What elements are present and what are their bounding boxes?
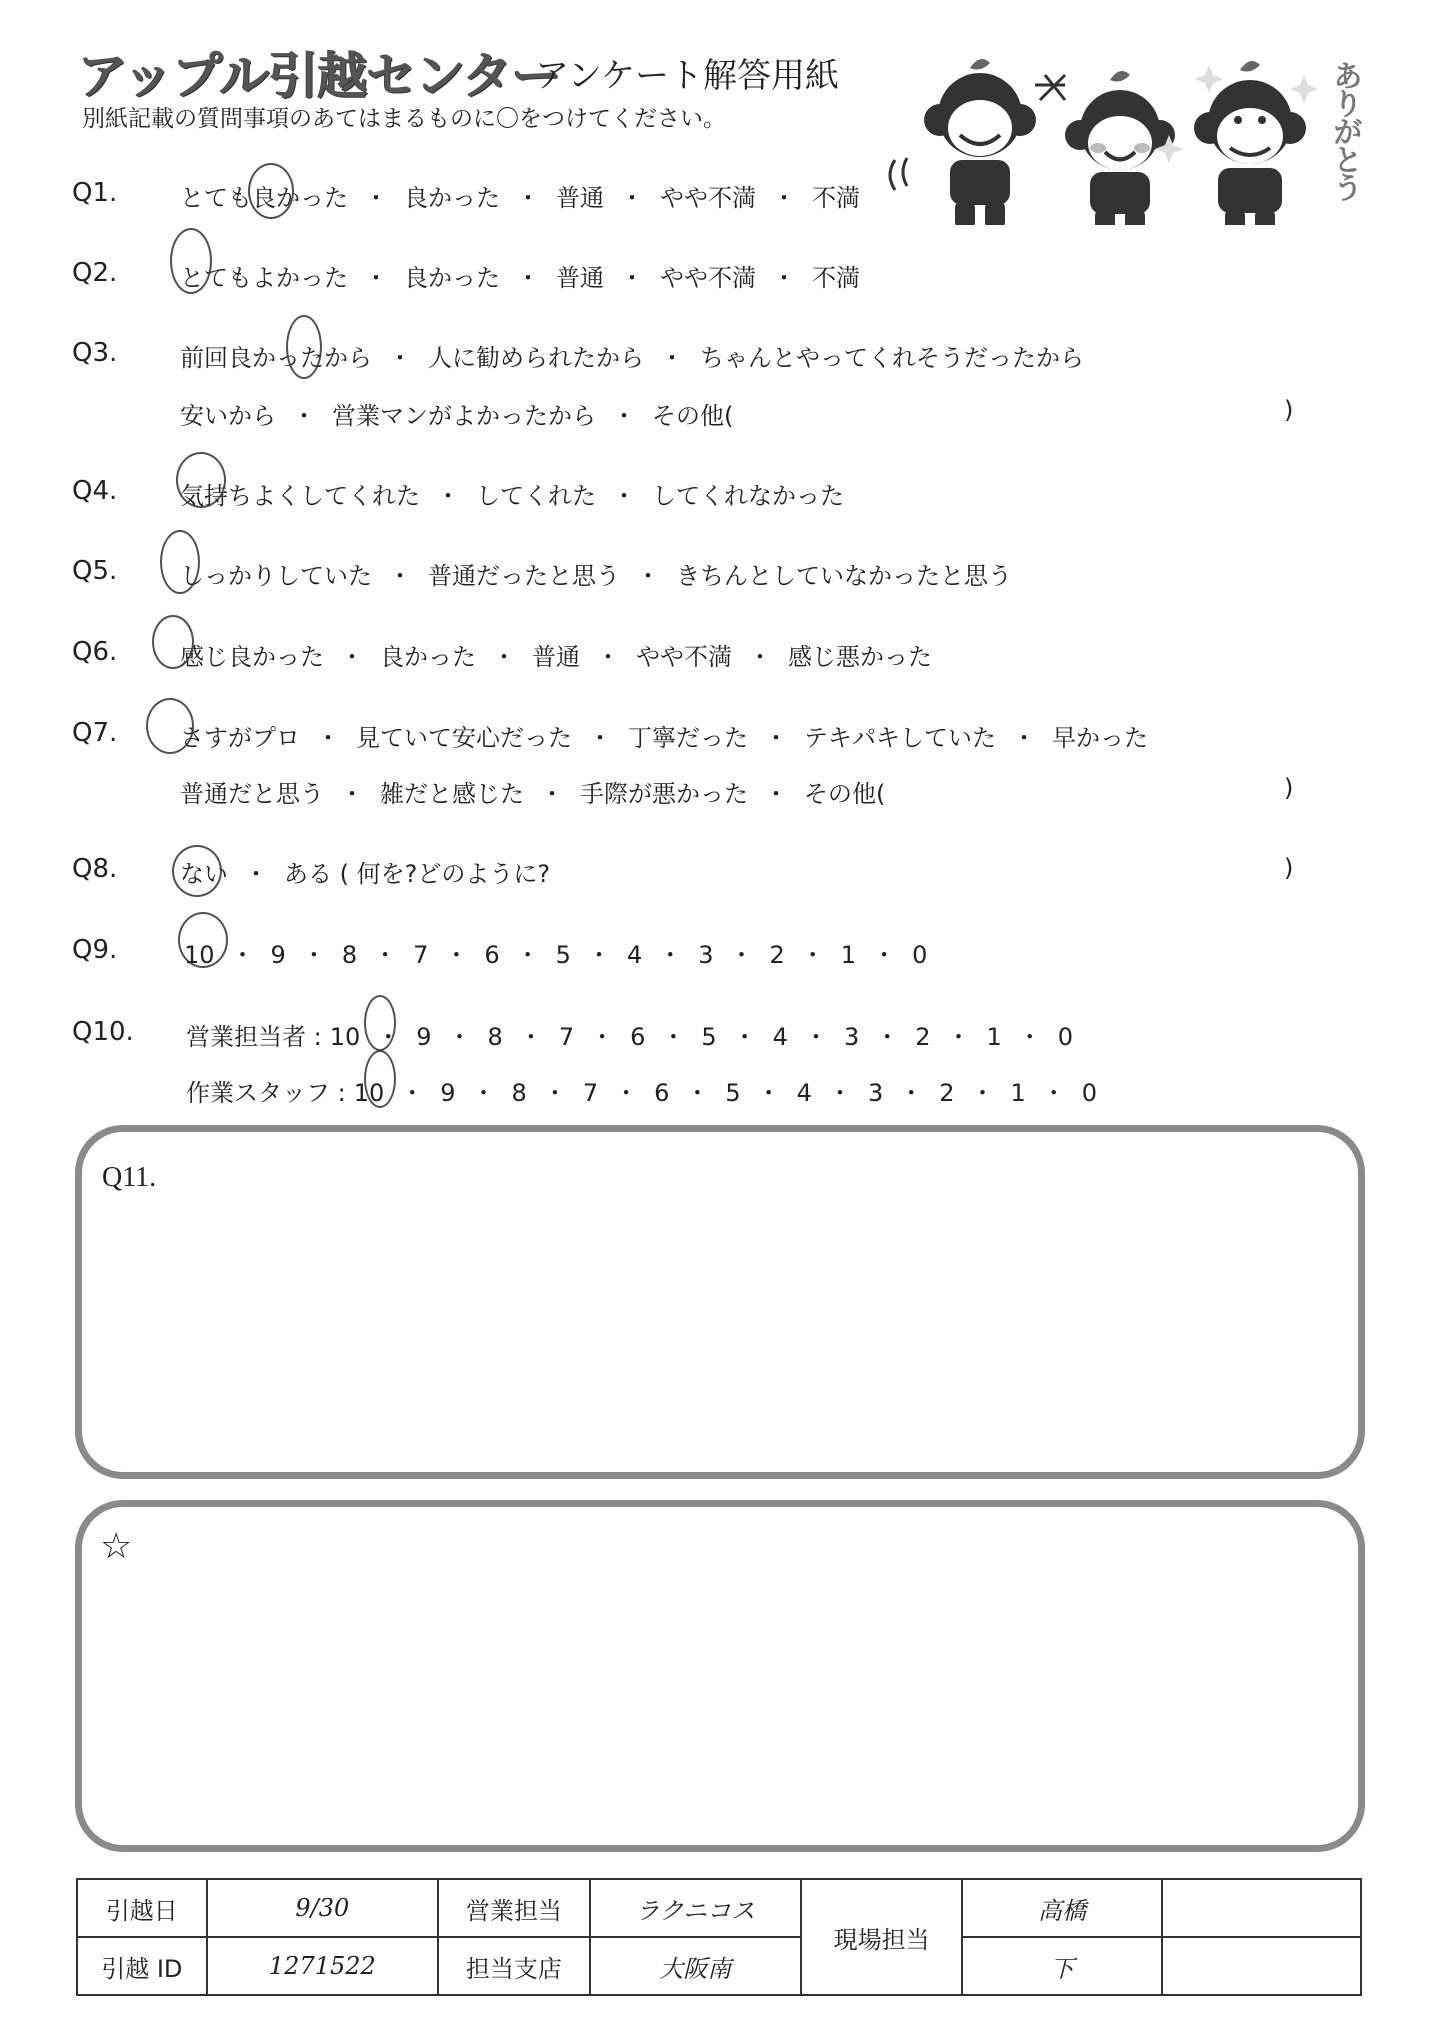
sales-rep-label: 営業担当 bbox=[438, 1879, 590, 1937]
form-title: アンケート解答用紙 bbox=[535, 48, 839, 97]
q10-staff-score-0[interactable]: 0 bbox=[1082, 1079, 1097, 1107]
q9-score-6[interactable]: 6 bbox=[484, 941, 499, 969]
q5-option-2[interactable]: 普通だったと思う bbox=[428, 556, 620, 591]
q9-score-2[interactable]: 2 bbox=[770, 941, 785, 969]
q11-answer-box[interactable]: Q11. bbox=[75, 1125, 1365, 1479]
q7-options-line2: 普通だと思う・雑だと感じた・手際が悪かった・その他( bbox=[180, 774, 885, 809]
move-date-label: 引越日 bbox=[77, 1879, 207, 1937]
move-id-value[interactable]: 1271522 bbox=[207, 1937, 439, 1995]
q3-option-2[interactable]: 人に勧められたから bbox=[428, 338, 644, 373]
q8-close-paren: ) bbox=[1284, 854, 1293, 882]
q3-other-close-paren: ) bbox=[1284, 396, 1293, 424]
q3-option-1[interactable]: 前回良かったから bbox=[180, 338, 372, 373]
q3-option-4[interactable]: 安いから bbox=[180, 396, 276, 431]
branch-value[interactable]: 大阪南 bbox=[590, 1937, 801, 1995]
q5-option-1[interactable]: しっかりしていた bbox=[180, 556, 372, 591]
q10-staff-score-8[interactable]: 8 bbox=[512, 1079, 527, 1107]
monkey-mascot-icons bbox=[885, 40, 1325, 225]
q9-score-8[interactable]: 8 bbox=[342, 941, 357, 969]
q1-option-4[interactable]: やや不満 bbox=[660, 178, 756, 213]
brand-title: アップル引越センター bbox=[78, 36, 561, 108]
q4-option-2[interactable]: してくれた bbox=[476, 476, 596, 511]
q4-options: 気持ちよくしてくれた・してくれた・してくれなかった bbox=[180, 476, 844, 511]
q10-sales-row: 営業担当者 :10・9・8・7・6・5・4・3・2・1・0 bbox=[186, 1017, 1073, 1052]
q9-score-7[interactable]: 7 bbox=[413, 941, 428, 969]
move-id-label: 引越 ID bbox=[77, 1937, 207, 1995]
q6-options: 感じ良かった・良かった・普通・やや不満・感じ悪かった bbox=[180, 637, 932, 672]
q5-options: しっかりしていた・普通だったと思う・きちんとしていなかったと思う bbox=[180, 556, 1012, 591]
q7-option-8[interactable]: 手際が悪かった bbox=[580, 774, 748, 809]
move-date-value[interactable]: 9/30 bbox=[207, 1879, 439, 1937]
q10-sales-score-10[interactable]: 10 bbox=[330, 1023, 361, 1051]
q6-label: Q6. bbox=[72, 637, 117, 667]
q6-option-2[interactable]: 良かった bbox=[380, 637, 476, 672]
q8-option-none[interactable]: ない bbox=[180, 854, 228, 889]
q7-option-5[interactable]: 早かった bbox=[1052, 718, 1148, 753]
q7-option-4[interactable]: テキパキしていた bbox=[804, 718, 996, 753]
q2-option-4[interactable]: やや不満 bbox=[660, 258, 756, 293]
q7-option-1[interactable]: さすがプロ bbox=[180, 718, 300, 753]
q3-option-other[interactable]: その他( bbox=[652, 396, 733, 431]
q7-option-6[interactable]: 普通だと思う bbox=[180, 774, 324, 809]
q9-score-4[interactable]: 4 bbox=[627, 941, 642, 969]
q2-options: とてもよかった・良かった・普通・やや不満・不満 bbox=[180, 258, 860, 293]
q6-option-4[interactable]: やや不満 bbox=[636, 637, 732, 672]
q9-score-1[interactable]: 1 bbox=[841, 941, 856, 969]
q4-label: Q4. bbox=[72, 476, 117, 506]
q6-option-5[interactable]: 感じ悪かった bbox=[788, 637, 932, 672]
q1-options: とても良かった・良かった・普通・やや不満・不満 bbox=[180, 178, 860, 213]
q10-staff-score-4[interactable]: 4 bbox=[797, 1079, 812, 1107]
q1-label: Q1. bbox=[72, 178, 117, 208]
q11-label: Q11. bbox=[102, 1162, 156, 1194]
q7-other-close-paren: ) bbox=[1284, 774, 1293, 802]
q8-label: Q8. bbox=[72, 854, 117, 884]
q7-option-2[interactable]: 見ていて安心だった bbox=[356, 718, 572, 753]
q10-sales-score-8[interactable]: 8 bbox=[488, 1023, 503, 1051]
q7-label: Q7. bbox=[72, 718, 117, 748]
q9-score-10[interactable]: 10 bbox=[184, 941, 215, 969]
q10-staff-score-3[interactable]: 3 bbox=[868, 1079, 883, 1107]
q10-staff-label: 作業スタッフ : bbox=[186, 1079, 346, 1107]
q5-label: Q5. bbox=[72, 556, 117, 586]
q2-option-1[interactable]: とてもよかった bbox=[180, 258, 348, 293]
q10-staff-score-9[interactable]: 9 bbox=[440, 1079, 455, 1107]
q10-staff-score-10[interactable]: 10 bbox=[354, 1079, 385, 1107]
branch-label: 担当支店 bbox=[438, 1937, 590, 1995]
q10-sales-score-1[interactable]: 1 bbox=[987, 1023, 1002, 1051]
q10-sales-score-3[interactable]: 3 bbox=[844, 1023, 859, 1051]
q9-label: Q9. bbox=[72, 935, 117, 965]
q2-label: Q2. bbox=[72, 258, 117, 288]
comment-box[interactable]: ☆ bbox=[75, 1500, 1365, 1852]
sales-rep-value[interactable]: ラクニコス bbox=[590, 1879, 801, 1937]
q4-option-1[interactable]: 気持ちよくしてくれた bbox=[180, 476, 420, 511]
q10-sales-score-0[interactable]: 0 bbox=[1058, 1023, 1073, 1051]
q9-scale: 10・9・8・7・6・5・4・3・2・1・0 bbox=[184, 935, 927, 970]
q10-staff-score-2[interactable]: 2 bbox=[939, 1079, 954, 1107]
q1-option-5[interactable]: 不満 bbox=[812, 178, 860, 213]
q7-option-3[interactable]: 丁寧だった bbox=[628, 718, 748, 753]
q1-option-3[interactable]: 普通 bbox=[556, 178, 604, 213]
q10-staff-score-1[interactable]: 1 bbox=[1011, 1079, 1026, 1107]
q3-label: Q3. bbox=[72, 338, 117, 368]
move-info-table: 引越日 9/30 営業担当 ラクニコス 現場担当 高橋 引越 ID 127152… bbox=[76, 1878, 1362, 1996]
site-staff-label: 現場担当 bbox=[801, 1879, 962, 1995]
q10-sales-score-2[interactable]: 2 bbox=[915, 1023, 930, 1051]
q10-label: Q10. bbox=[72, 1017, 134, 1047]
star-icon: ☆ bbox=[100, 1525, 132, 1567]
q10-staff-score-6[interactable]: 6 bbox=[654, 1079, 669, 1107]
q10-sales-score-5[interactable]: 5 bbox=[701, 1023, 716, 1051]
site-staff-value-3[interactable] bbox=[1162, 1879, 1361, 1937]
q8-option-some[interactable]: ある ( 何を?どのように? bbox=[284, 854, 550, 889]
q1-option-2[interactable]: 良かった bbox=[404, 178, 500, 213]
q9-score-0[interactable]: 0 bbox=[912, 941, 927, 969]
site-staff-value-1[interactable]: 高橋 bbox=[962, 1879, 1161, 1937]
q10-sales-score-6[interactable]: 6 bbox=[630, 1023, 645, 1051]
q8-options: ない・ある ( 何を?どのように? bbox=[180, 854, 550, 889]
q9-score-9[interactable]: 9 bbox=[271, 941, 286, 969]
q10-sales-score-9[interactable]: 9 bbox=[416, 1023, 431, 1051]
site-staff-value-4[interactable] bbox=[1162, 1937, 1361, 1995]
q1-option-1[interactable]: とても良かった bbox=[180, 178, 348, 213]
q2-option-2[interactable]: 良かった bbox=[404, 258, 500, 293]
q2-option-3[interactable]: 普通 bbox=[556, 258, 604, 293]
q10-staff-row: 作業スタッフ :10・9・8・7・6・5・4・3・2・1・0 bbox=[186, 1073, 1097, 1108]
q7-option-other[interactable]: その他( bbox=[804, 774, 885, 809]
q7-options-line1: さすがプロ・見ていて安心だった・丁寧だった・テキパキしていた・早かった bbox=[180, 718, 1148, 753]
q3-option-3[interactable]: ちゃんとやってくれそうだったから bbox=[700, 338, 1084, 373]
q7-option-7[interactable]: 雑だと感じた bbox=[380, 774, 524, 809]
q6-option-1[interactable]: 感じ良かった bbox=[180, 637, 324, 672]
q10-staff-score-5[interactable]: 5 bbox=[725, 1079, 740, 1107]
q3-options-line1: 前回良かったから・人に勧められたから・ちゃんとやってくれそうだったから bbox=[180, 338, 1084, 373]
q3-option-5[interactable]: 営業マンがよかったから bbox=[332, 396, 596, 431]
thanks-text: ありがとう bbox=[1322, 60, 1366, 200]
q10-sales-score-4[interactable]: 4 bbox=[773, 1023, 788, 1051]
q10-staff-score-7[interactable]: 7 bbox=[583, 1079, 598, 1107]
q6-option-3[interactable]: 普通 bbox=[532, 637, 580, 672]
q9-score-5[interactable]: 5 bbox=[556, 941, 571, 969]
q10-sales-label: 営業担当者 : bbox=[186, 1023, 322, 1051]
q2-option-5[interactable]: 不満 bbox=[812, 258, 860, 293]
q5-option-3[interactable]: きちんとしていなかったと思う bbox=[676, 556, 1012, 591]
q3-options-line2: 安いから・営業マンがよかったから・その他( bbox=[180, 396, 733, 431]
instruction-text: 別紙記載の質問事項のあてはまるものに〇をつけてください。 bbox=[82, 100, 726, 133]
q10-sales-score-7[interactable]: 7 bbox=[559, 1023, 574, 1051]
q4-option-3[interactable]: してくれなかった bbox=[652, 476, 844, 511]
site-staff-value-2[interactable]: 下 bbox=[962, 1937, 1161, 1995]
q9-score-3[interactable]: 3 bbox=[698, 941, 713, 969]
